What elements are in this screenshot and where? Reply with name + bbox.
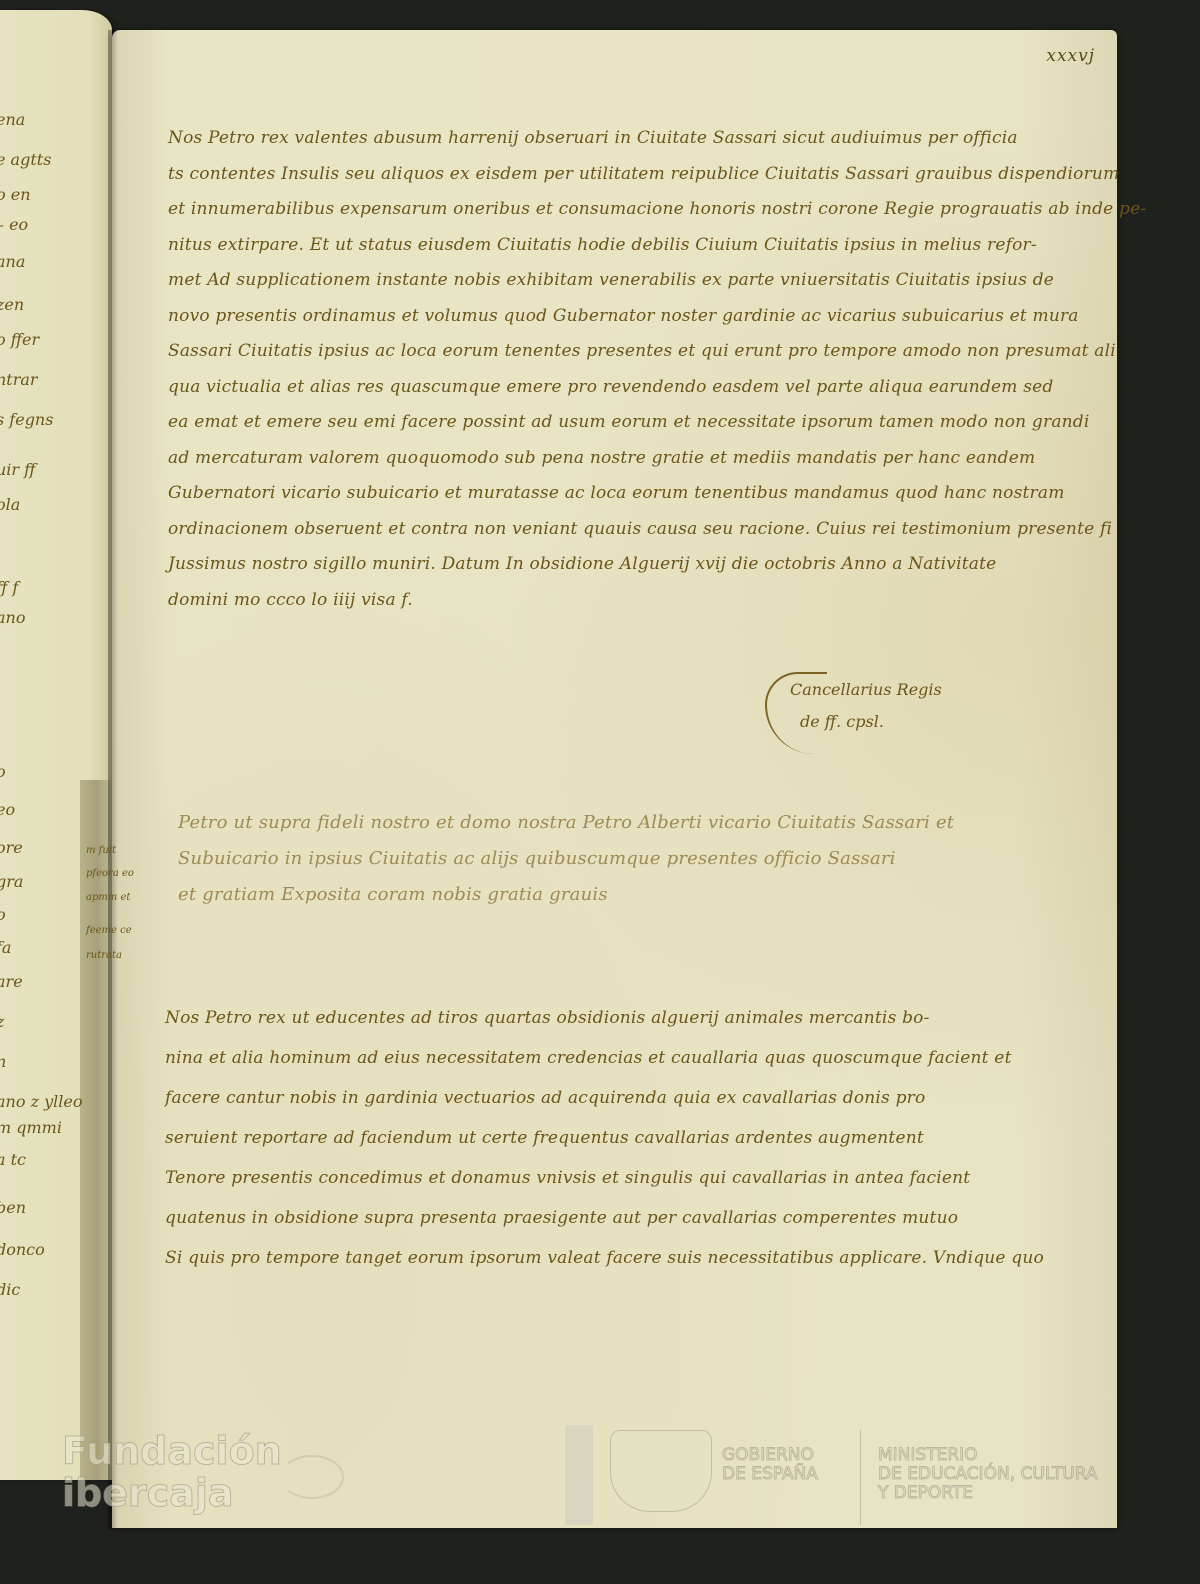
text-line: Jussimus nostro sigillo muniri. Datum In… [168, 554, 996, 574]
text-line: ad mercaturam valorem quoquomodo sub pen… [168, 448, 1035, 468]
left-page-fragment: ore [0, 838, 23, 857]
watermark-gobierno: GOBIERNO DE ESPAÑA [722, 1446, 818, 1484]
left-page-fragment: s fegns [0, 410, 53, 429]
watermark-foundation-line-2: ibercaja [62, 1472, 282, 1514]
text-line: ordinacionem obseruent et contra non ven… [168, 519, 1112, 539]
watermark-min-line-1: MINISTERIO [878, 1446, 1098, 1465]
text-line: Subuicario in ipsius Ciuitatis ac alijs … [178, 848, 896, 869]
ibercaja-logo-icon [280, 1455, 344, 1499]
text-line: Si quis pro tempore tanget eorum ipsorum… [165, 1248, 1044, 1268]
left-page-fragment: z [0, 1012, 4, 1031]
left-page-fragment: zen [0, 295, 24, 314]
spain-flag-strip-icon [565, 1425, 593, 1525]
left-page-fragment: ena [0, 110, 25, 129]
left-page-fragment: ntrar [0, 370, 38, 389]
watermark-fundacion-ibercaja: Fundación ibercaja [62, 1430, 282, 1514]
left-page-fragment: ola [0, 495, 20, 514]
margin-note: m fuit [86, 845, 116, 856]
left-page-fragment: eo [0, 800, 15, 819]
left-page-fragment: donco [0, 1240, 45, 1259]
folio-number: xxxvj [1046, 46, 1095, 66]
manuscript-page: xxxvj [112, 30, 1117, 1528]
left-page-fragment: e agtts [0, 150, 51, 169]
text-line: seruient reportare ad faciendum ut certe… [165, 1128, 924, 1148]
watermark-gov-line-1: GOBIERNO [722, 1446, 818, 1465]
text-line: domini mo ccco lo iiij visa f. [168, 590, 413, 610]
text-line: Tenore presentis concedimus et donamus v… [165, 1168, 970, 1188]
left-page-fragment: ben [0, 1198, 26, 1217]
watermark-foundation-line-1: Fundación [62, 1430, 282, 1472]
left-page-fragment: fa [0, 938, 11, 957]
text-line: qua victualia et alias res quascumque em… [168, 377, 1053, 397]
text-line: Nos Petro rex ut educentes ad tiros quar… [165, 1008, 930, 1028]
left-page-fragment: o ffer [0, 330, 39, 349]
left-page-fragment: ano [0, 608, 25, 627]
left-page-fragment: o [0, 905, 6, 924]
watermark-gov-line-2: DE ESPAÑA [722, 1465, 818, 1484]
margin-note: apmm et [86, 892, 130, 903]
left-page-fragment: are [0, 972, 23, 991]
left-page-text-fragments: enae agttso en– eoanazeno fferntrars feg… [0, 0, 110, 1584]
margin-note: feeme ce [86, 925, 132, 936]
watermark-min-line-3: Y DEPORTE [878, 1484, 1098, 1503]
text-line: facere cantur nobis in gardinia vectuari… [165, 1088, 925, 1108]
left-page-fragment: o [0, 762, 6, 781]
text-line: ea emat et emere seu emi facere possint … [168, 412, 1090, 432]
left-page-fragment: o en [0, 185, 31, 204]
text-line: met Ad supplicationem instante nobis exh… [168, 270, 1054, 290]
left-page-fragment: dic [0, 1280, 20, 1299]
text-line: et innumerabilibus expensarum oneribus e… [168, 199, 1146, 219]
text-line: ts contentes Insulis seu aliquos ex eisd… [168, 164, 1119, 184]
left-page-fragment: – eo [0, 215, 28, 234]
left-page-fragment: n [0, 1052, 6, 1071]
text-line: Nos Petro rex valentes abusum harrenij o… [168, 128, 1018, 148]
signature-line-2: de ff. cpsl. [800, 712, 884, 731]
text-line: quatenus in obsidione supra presenta pra… [165, 1208, 958, 1228]
text-line: nitus extirpare. Et ut status eiusdem Ci… [168, 235, 1037, 255]
watermark-min-line-2: DE EDUCACIÓN, CULTURA [878, 1465, 1098, 1484]
text-line: Gubernatori vicario subuicario et murata… [168, 483, 1065, 503]
spain-coat-of-arms-icon [610, 1430, 712, 1512]
left-page-fragment: ano z ylleo [0, 1092, 82, 1111]
watermark-divider [860, 1430, 861, 1525]
signature-line-1: Cancellarius Regis [790, 680, 942, 699]
text-line: novo presentis ordinamus et volumus quod… [168, 306, 1079, 326]
left-page-fragment: ff f [0, 578, 18, 597]
margin-note: pfeora eo [86, 868, 134, 879]
watermark-ministerio: MINISTERIO DE EDUCACIÓN, CULTURA Y DEPOR… [878, 1446, 1098, 1503]
left-page-fragment: a tc [0, 1150, 26, 1169]
binding-shadow [108, 30, 118, 1530]
left-page-fragment: uir ff [0, 460, 36, 479]
left-page-fragment: gra [0, 872, 23, 891]
text-line: et gratiam Exposita coram nobis gratia g… [178, 884, 608, 905]
margin-note: rutrata [86, 950, 122, 961]
text-line: nina et alia hominum ad eius necessitate… [165, 1048, 1012, 1068]
text-line: Sassari Ciuitatis ipsius ac loca eorum t… [168, 341, 1116, 361]
left-page-fragment: ana [0, 252, 25, 271]
text-line: Petro ut supra fideli nostro et domo nos… [178, 812, 954, 833]
left-page-fragment: m qmmi [0, 1118, 62, 1137]
